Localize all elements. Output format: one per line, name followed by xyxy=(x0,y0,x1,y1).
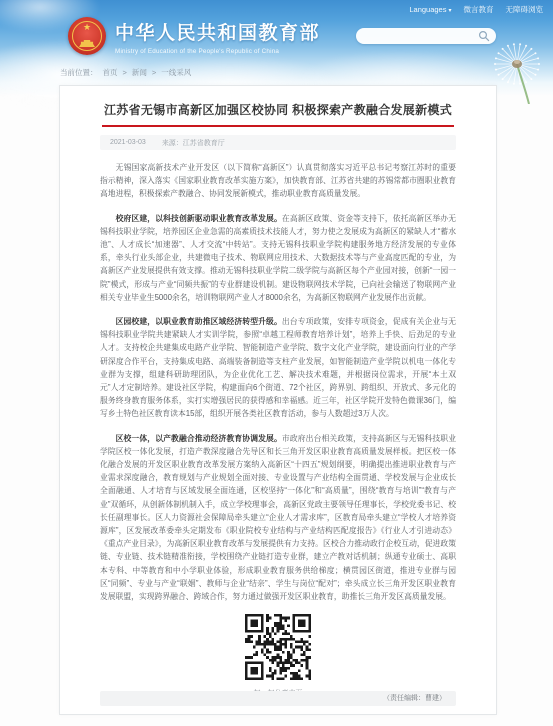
breadcrumb: 当前位置： 首页 > 新闻 > 一线采风 xyxy=(60,67,191,78)
ministry-logo[interactable]: ★ 中华人民共和国教育部 Ministry of Education of th… xyxy=(68,17,320,55)
search-input[interactable] xyxy=(366,32,478,41)
national-emblem-icon: ★ xyxy=(68,17,106,55)
chevron-down-icon: ▾ xyxy=(448,8,451,14)
article-date: 2021-03-03 xyxy=(110,139,146,146)
breadcrumb-label: 当前位置： xyxy=(60,67,98,78)
paragraph-lead: 校府区建，以科技创新驱动职业教育改革发展。 xyxy=(116,214,282,223)
paragraph-text: 出台专项政策，安排专项资金，促成有关企业与无锡科技职业学院共建紧缺人才实训学院，… xyxy=(100,317,456,418)
paragraph-text: 市政府出台相关政策，支持高新区与无锡科技职业学院区校一体化发展，打造产教深度融合… xyxy=(100,434,456,601)
breadcrumb-separator: > xyxy=(123,68,127,77)
article-card: 江苏省无锡市高新区加强区校协同 积极探索产教融合发展新模式 2021-03-03… xyxy=(59,85,497,715)
article-paragraph: 区校一体，以产教融合推动经济教育协调发展。市政府出台相关政策，支持高新区与无锡科… xyxy=(100,432,456,604)
site-header: Languages▾ 微言教育 无障碍浏览 ★ 中华人民共和国教育部 Minis… xyxy=(0,0,553,96)
paragraph-text: 无锡国家高新技术产业开发区（以下简称“高新区”）认真贯彻落实习近平总书记考察江苏… xyxy=(100,163,456,198)
article-title: 江苏省无锡市高新区加强区校协同 积极探索产教融合发展新模式 xyxy=(102,99,454,127)
paragraph-lead: 区园校建，以职业教育助推区域经济转型升级。 xyxy=(116,317,282,326)
qr-code xyxy=(245,614,311,680)
breadcrumb-item-current[interactable]: 一线采风 xyxy=(161,67,191,78)
header-top-links: Languages▾ 微言教育 无障碍浏览 xyxy=(409,4,543,15)
article-body: 无锡国家高新技术产业开发区（以下简称“高新区”）认真贯彻落实习近平总书记考察江苏… xyxy=(100,161,456,603)
breadcrumb-separator: > xyxy=(152,68,156,77)
editor-credit-bar: （责任编辑：曹建） xyxy=(100,691,456,706)
qr-share-block: 扫一扫分享本页 xyxy=(100,614,456,698)
paragraph-lead: 区校一体，以产教融合推动经济教育协调发展。 xyxy=(116,434,282,443)
site-title: 中华人民共和国教育部 xyxy=(115,18,320,45)
article-paragraph: 校府区建，以科技创新驱动职业教育改革发展。在高新区政策、资金等支持下，依托高新区… xyxy=(100,212,456,304)
site-subtitle: Ministry of Education of the People's Re… xyxy=(115,48,320,55)
editor-credit: （责任编辑：曹建） xyxy=(383,695,446,702)
article-meta-bar: 2021-03-03 来源：江苏省教育厅 xyxy=(100,135,456,150)
accessibility-link[interactable]: 无障碍浏览 xyxy=(506,4,544,15)
paragraph-text: 在高新区政策、资金等支持下，依托高新区举办无锡科技职业学院，培养园区企业急需的高… xyxy=(100,214,456,302)
breadcrumb-item-home[interactable]: 首页 xyxy=(103,67,118,78)
languages-menu[interactable]: Languages▾ xyxy=(409,5,451,14)
article-source: 来源：江苏省教育厅 xyxy=(162,138,225,148)
weiyan-education-link[interactable]: 微言教育 xyxy=(464,4,494,15)
breadcrumb-item-news[interactable]: 新闻 xyxy=(132,67,147,78)
article-paragraph: 无锡国家高新技术产业开发区（以下简称“高新区”）认真贯彻落实习近平总书记考察江苏… xyxy=(100,161,456,201)
article-paragraph: 区园校建，以职业教育助推区域经济转型升级。出台专项政策，安排专项资金，促成有关企… xyxy=(100,315,456,421)
